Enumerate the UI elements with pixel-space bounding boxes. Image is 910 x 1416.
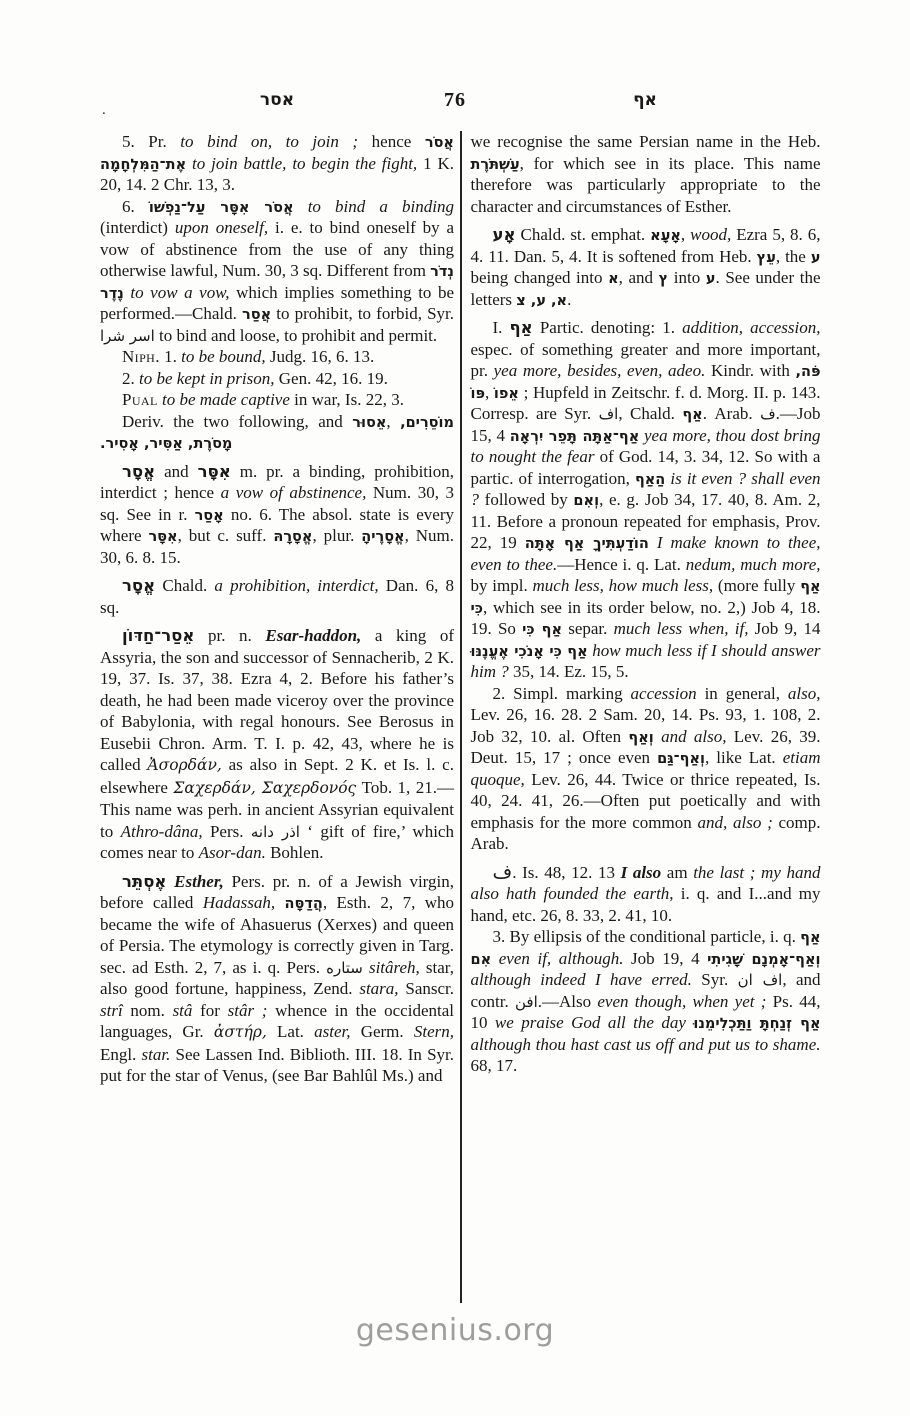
text-segment: we praise God all the day: [495, 1013, 686, 1032]
text-segment: in general,: [697, 684, 788, 703]
hebrew-text: אֵסַר־חַדּוֹן: [122, 626, 194, 645]
text-segment: and: [155, 462, 197, 481]
text-segment: much less when, if,: [614, 619, 749, 638]
hebrew-text: עֵץ: [757, 250, 776, 266]
hebrew-text: אֱסָרֶיהָ: [361, 529, 404, 545]
hebrew-text: אָעָא: [650, 228, 681, 244]
text-segment: into: [668, 268, 706, 287]
text-segment: Lat.: [267, 1022, 314, 1041]
hebrew-text: הֲדַסָּה: [285, 896, 323, 912]
text-segment: .: [567, 290, 571, 309]
right-column: we recognise the same Persian name in th…: [471, 131, 821, 1077]
text-segment: Chald. st. emphat.: [516, 225, 651, 244]
text-segment: Esther,: [174, 872, 224, 891]
text-segment: 5. Pr.: [122, 132, 180, 151]
text-segment: . Is. 48, 12. 13: [512, 863, 620, 882]
text-segment: Asor-dan.: [199, 843, 266, 862]
text-segment: for: [192, 1001, 227, 1020]
text-segment: [166, 872, 174, 891]
text-segment: ,: [386, 412, 400, 431]
text-columns: 5. Pr. to bind on, to join ; hence אֲסֹר…: [100, 131, 822, 1303]
text-segment: .—Also: [538, 992, 598, 1011]
hebrew-text: הוֹדַעְתִּיךָ אַף אָתָּה: [525, 536, 649, 552]
hebrew-text: אִסָּר: [198, 462, 231, 481]
text-segment: yea more, besides, even, adeo.: [494, 361, 706, 380]
arabic-text: اف: [599, 405, 619, 423]
text-segment: Esar-haddon,: [265, 626, 361, 645]
text-segment: a king of Assyria, the son and successor…: [100, 626, 454, 774]
hebrew-text: אַף כִּי: [522, 622, 562, 638]
text-segment: (interdict): [100, 218, 175, 237]
paragraph: Pual to be made captive in war, Is. 22, …: [100, 389, 454, 411]
text-segment: to be kept in prison,: [139, 369, 275, 388]
text-segment: Bohlen.: [266, 843, 324, 862]
text-segment: Judg. 16, 6. 13.: [266, 347, 375, 366]
hebrew-text: וְאַף־גַּם: [657, 751, 705, 767]
hebrew-text: עַשְׁתֹּרֶת: [471, 157, 520, 173]
text-segment: to join battle, to begin the fight,: [192, 154, 417, 173]
text-segment: sitâreh,: [369, 958, 420, 977]
text-segment: strî: [100, 1001, 123, 1020]
text-segment: stara,: [359, 979, 398, 998]
hebrew-text: אֱסָרָהּ: [273, 529, 312, 545]
running-head-right-hebrew: אף: [470, 90, 820, 112]
arabic-text: ستاره: [326, 959, 363, 977]
hebrew-text: אַף: [682, 407, 702, 423]
hebrew-text: אֵפוֹ: [494, 386, 519, 402]
text-segment: Niph.: [122, 347, 160, 366]
text-segment: to bind on, to join ;: [180, 132, 358, 151]
text-segment: Ἀσορδάν,: [147, 756, 221, 774]
text-segment: although thou hast cast us off and put u…: [471, 1035, 821, 1054]
text-segment: 35, 14. Ez. 15, 5.: [509, 662, 629, 681]
paragraph: Deriv. the two following, and אֵסוּר, מו…: [100, 411, 454, 454]
text-segment: Stern,: [414, 1022, 454, 1041]
hebrew-text: אָסַר: [195, 508, 224, 524]
text-segment: [649, 533, 657, 552]
text-segment: (more fully: [713, 576, 800, 595]
text-segment: [491, 949, 499, 968]
text-segment: to vow a vow,: [130, 283, 229, 302]
text-segment: Partic. denoting: 1.: [533, 318, 682, 337]
text-segment: pr. n.: [194, 626, 265, 645]
hebrew-text: ע: [811, 250, 821, 266]
text-segment: , and: [619, 268, 659, 287]
text-segment: Syr.: [692, 970, 738, 989]
hebrew-text: הַאַף: [635, 472, 665, 488]
text-segment: a prohibition, interdict,: [214, 576, 378, 595]
text-segment: Chald.: [155, 576, 214, 595]
text-segment: ,: [681, 225, 690, 244]
hebrew-text: וְאַף־אָמְנָם שָׁגִיתִי: [707, 952, 820, 968]
text-segment: to be bound,: [181, 347, 266, 366]
hebrew-text: אִסָּר: [148, 529, 177, 545]
text-segment: Athro-dâna,: [121, 822, 203, 841]
text-segment: 68, 17.: [471, 1056, 518, 1075]
text-segment: , but c. suff.: [178, 526, 274, 545]
hebrew-text: ץ: [659, 271, 669, 287]
arabic-text: اف ان: [738, 971, 783, 989]
text-segment: Gen. 42, 16. 19.: [275, 369, 388, 388]
paragraph: 2. Simpl. marking accession in general, …: [471, 683, 821, 855]
text-segment: upon oneself,: [175, 218, 268, 237]
paragraph: אֶסְתֵּר Esther, Pers. pr. n. of a Jewis…: [100, 871, 454, 1087]
text-segment: accession: [631, 684, 697, 703]
arabic-text: ف: [760, 405, 776, 423]
hebrew-text: אֱסָר: [122, 576, 155, 595]
text-segment: and, also ;: [698, 813, 773, 832]
hebrew-text: וְאִם: [573, 493, 599, 509]
text-segment: ἀστήρ,: [214, 1023, 267, 1041]
text-segment: and also,: [661, 727, 726, 746]
text-segment: . Arab.: [703, 404, 760, 423]
hebrew-text: אֲסַר: [242, 307, 271, 323]
hebrew-text: אַף כִּי אָנֹכִי אֶעֱנֶנּוּ: [471, 644, 588, 660]
text-segment: am: [661, 863, 693, 882]
text-segment: even though, when yet ;: [597, 992, 766, 1011]
text-segment: even if, although.: [499, 949, 624, 968]
paragraph: אֱסָר and אִסָּר m. pr. a binding, prohi…: [100, 461, 454, 569]
hebrew-text: אֲסֹר אִסָּר עַל־נַפְשׁוֹ: [149, 200, 294, 216]
column-divider-rule: [460, 131, 462, 1303]
text-segment: Job 19, 4: [623, 949, 707, 968]
paragraph: 2. to be kept in prison, Gen. 42, 16. 19…: [100, 368, 454, 390]
text-segment: Pers.: [203, 822, 251, 841]
text-segment: to bind and loose, to prohibit and permi…: [155, 326, 437, 345]
hebrew-text: אַף זְנַחְתָּ וַתַּכְלִימֵנוּ: [693, 1016, 820, 1032]
text-segment: star.: [142, 1045, 171, 1064]
text-segment: we recognise the same Persian name in th…: [471, 132, 821, 151]
paragraph: we recognise the same Persian name in th…: [471, 131, 821, 217]
text-segment: separ.: [562, 619, 614, 638]
paragraph: ف. Is. 48, 12. 13 I also am the last ; m…: [471, 862, 821, 927]
text-segment: also,: [788, 684, 821, 703]
text-segment: wood,: [690, 225, 731, 244]
text-segment: being changed into: [471, 268, 609, 287]
paragraph: I. אַף Partic. denoting: 1. addition, ac…: [471, 317, 821, 683]
arabic-text: اسر شرا: [100, 327, 155, 345]
hebrew-text: וְאַף: [628, 730, 653, 746]
text-segment: hence: [358, 132, 425, 151]
text-segment: Kindr. with: [705, 361, 795, 380]
text-segment: in war, Is. 22, 3.: [290, 390, 404, 409]
hebrew-text: אֱסָר: [122, 462, 155, 481]
page-header: אסר 76 אף: [0, 90, 910, 120]
arabic-text: ف: [493, 861, 513, 883]
text-segment: I also: [621, 863, 662, 882]
hebrew-text: אֵסוּר: [352, 415, 386, 431]
hebrew-text: אָע: [493, 225, 516, 244]
hebrew-text: אֶסְתֵּר: [122, 872, 166, 891]
paragraph: 3. By ellipsis of the conditional partic…: [471, 926, 821, 1077]
text-segment: Hadassah,: [203, 893, 275, 912]
watermark-text: gesenius.org: [0, 1320, 910, 1342]
text-segment: , Chald.: [618, 404, 682, 423]
text-segment: stâr ;: [228, 1001, 268, 1020]
text-segment: 1.: [160, 347, 181, 366]
scanned-dictionary-page: . אסר 76 אף 5. Pr. to bind on, to join ;…: [0, 0, 910, 1416]
arabic-text: افن: [515, 993, 538, 1011]
text-segment: Deriv. the two following, and: [122, 412, 352, 431]
text-segment: 2. Simpl. marking: [493, 684, 631, 703]
text-segment: much less, how much less,: [533, 576, 714, 595]
text-segment: 3. By ellipsis of the conditional partic…: [493, 927, 801, 946]
text-segment: Sanscr.: [399, 979, 454, 998]
text-segment: to bind a binding: [308, 197, 454, 216]
text-segment: —Hence i. q. Lat.: [557, 555, 686, 574]
text-segment: I.: [493, 318, 510, 337]
text-segment: [275, 893, 284, 912]
text-segment: by impl.: [471, 576, 533, 595]
text-segment: followed by: [479, 490, 573, 509]
hebrew-text: א: [608, 271, 619, 287]
paragraph: 5. Pr. to bind on, to join ; hence אֲסֹר…: [100, 131, 454, 196]
text-segment: [654, 727, 661, 746]
text-segment: aster,: [314, 1022, 350, 1041]
text-segment: although indeed I have erred.: [471, 970, 692, 989]
left-column: 5. Pr. to bind on, to join ; hence אֲסֹר…: [100, 131, 454, 1087]
paragraph: אֵסַר־חַדּוֹן pr. n. Esar-haddon, a king…: [100, 625, 454, 864]
text-segment: Job 9, 14: [748, 619, 820, 638]
text-segment: , the: [776, 247, 811, 266]
text-segment: a vow of abstinence,: [221, 483, 367, 502]
hebrew-text: אַף: [510, 318, 533, 337]
text-segment: , like Lat.: [705, 748, 783, 767]
paragraph: אֱסָר Chald. a prohibition, interdict, D…: [100, 575, 454, 618]
text-segment: Germ.: [351, 1022, 414, 1041]
paragraph: אָע Chald. st. emphat. אָעָא, wood, Ezra…: [471, 224, 821, 310]
text-segment: , plur.: [312, 526, 361, 545]
text-segment: ,: [485, 383, 494, 402]
text-segment: Engl.: [100, 1045, 142, 1064]
text-segment: stâ: [173, 1001, 193, 1020]
text-segment: 2.: [122, 369, 139, 388]
hebrew-text: אַף־אַתָּה תָּפֵר יִרְאָה: [510, 429, 640, 445]
arabic-text: اذر دانه: [251, 823, 300, 841]
paragraph: Niph. 1. to be bound, Judg. 16, 6. 13.: [100, 346, 454, 368]
text-segment: addition, accession,: [682, 318, 820, 337]
text-segment: 6.: [122, 197, 149, 216]
text-segment: , for which see in its place. This name …: [471, 154, 821, 216]
text-segment: [294, 197, 308, 216]
hebrew-text: א, ע, צ: [516, 293, 567, 309]
text-segment: to be made captive: [162, 390, 290, 409]
text-segment: nom.: [123, 1001, 173, 1020]
text-segment: to prohibit, to forbid, Syr.: [271, 304, 454, 323]
text-segment: Σαχερδάν, Σαχερδονός: [173, 779, 356, 797]
text-segment: Pual: [122, 390, 158, 409]
text-segment: nedum, much more,: [686, 555, 821, 574]
paragraph: 6. אֲסֹר אִסָּר עַל־נַפְשׁוֹ to bind a b…: [100, 196, 454, 347]
